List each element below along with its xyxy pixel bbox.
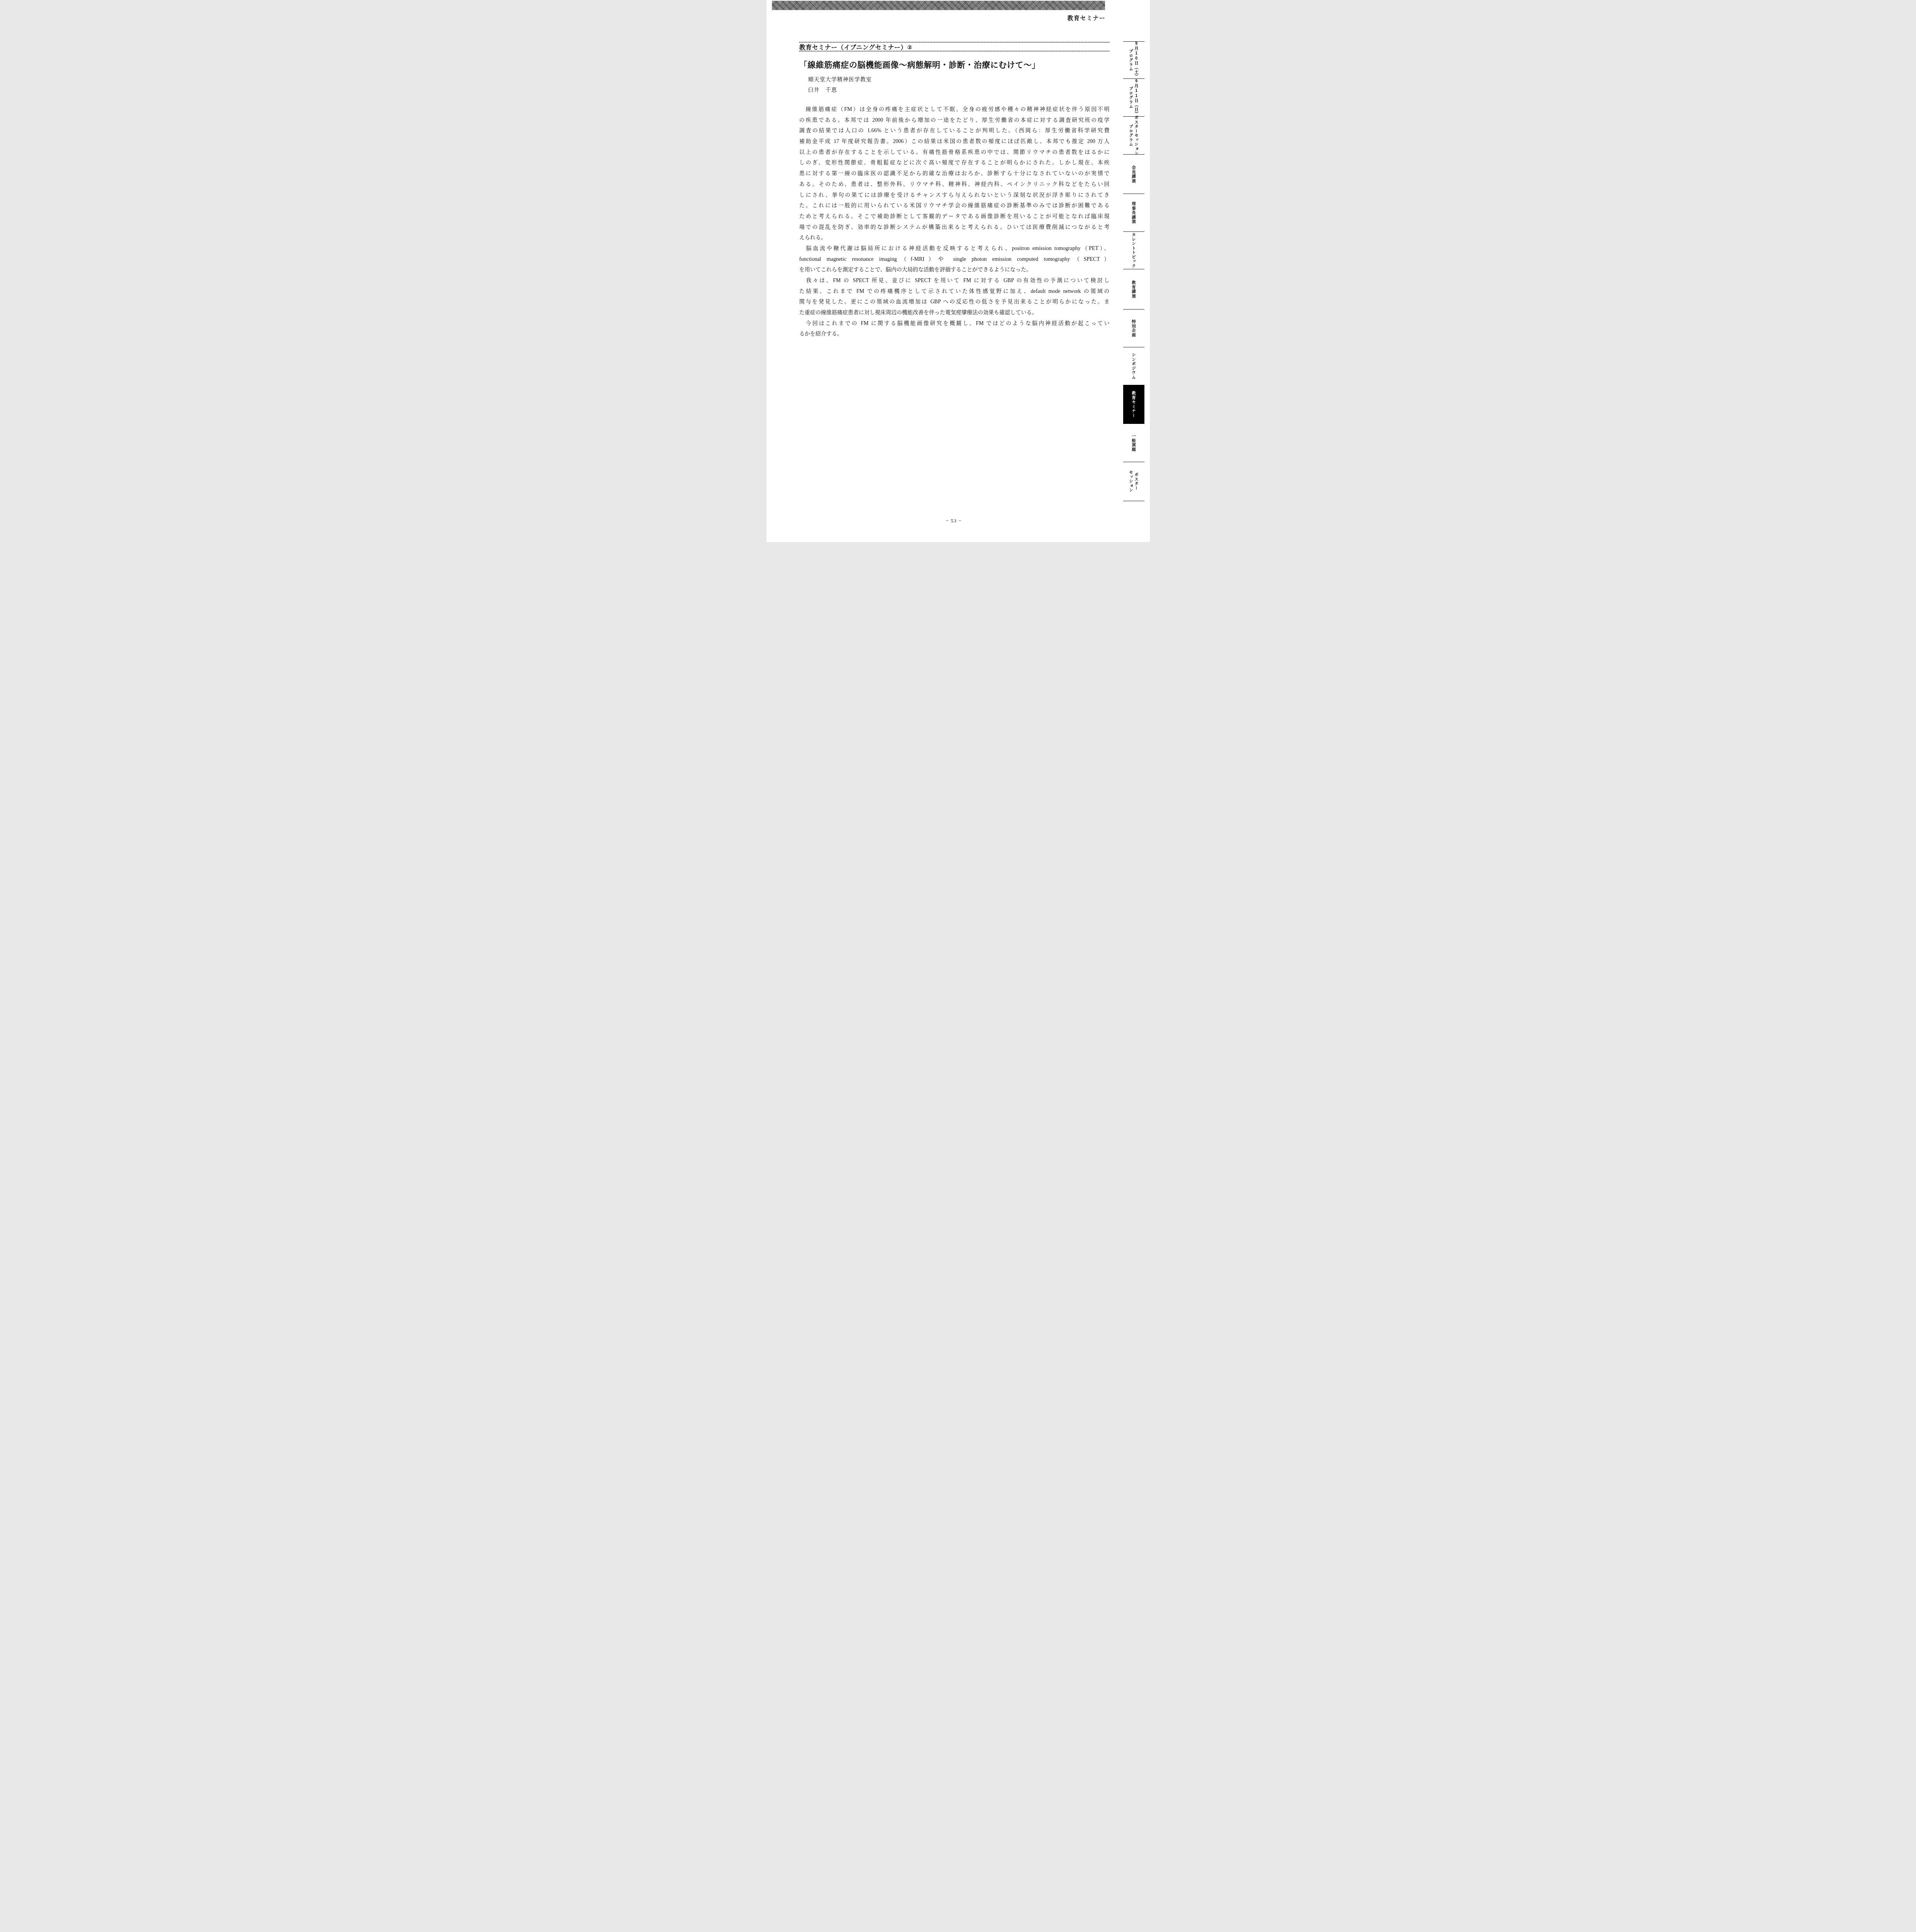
sidebar-tab-label: 教育講演 (1131, 281, 1136, 298)
sidebar-tab-educational-lecture: 教育講演 (1123, 269, 1144, 309)
sidebar-tab-label: 9月11日（日） (1134, 79, 1139, 116)
sidebar-tab-poster-program: ポスターセッション プログラム (1123, 116, 1144, 154)
sidebar-tab-general-presentation: 一般演題 (1123, 424, 1144, 462)
sidebar-tab-label: ポスターセッション (1134, 116, 1139, 156)
body-line: るかを紹介する。 (799, 329, 1110, 340)
body-line: 調査の結果では人口の 1.66% という患者が存在していることが判明した。（西岡… (799, 126, 1110, 136)
sidebar-tab-label: 理事長講演 (1131, 202, 1136, 224)
sidebar-tab-label: 特別企画 (1131, 320, 1136, 337)
sidebar-tab-label: セッション (1129, 470, 1133, 493)
abstract-title: 「線維筋痛症の脳機能画像～病態解明・診断・治療にむけて～」 (799, 59, 1040, 70)
sidebar-tab-presidential-lecture: 会長講演 (1123, 154, 1144, 194)
abstract-affiliation: 順天堂大学精神医学教室 (808, 75, 872, 83)
body-line: 以上の患者が存在することを示している。有痛性筋骨格系疾患の中では、関節リウマチの… (799, 147, 1110, 158)
page-number: − 53 − (929, 518, 979, 524)
body-line: 脳血流や糖代謝は脳局所における神経活動を反映すると考えられ、positron e… (799, 243, 1110, 254)
sidebar-tab-label: ポスター (1134, 473, 1139, 490)
body-line: functional magnetic resonance imaging（f-… (799, 254, 1110, 265)
sidebar-tab-chairman-lecture: 理事長講演 (1123, 194, 1144, 231)
sidebar-tab-educational-seminar: 教育セミナー (1123, 385, 1144, 424)
body-line: た結果、これまで FM での疼痛機序として示されていた体性感覚野に加え、defa… (799, 286, 1110, 297)
body-line: た重症の線維筋痛症患者に対し視床周辺の機能改善を伴った電気痙攣療法の効果も確認し… (799, 308, 1110, 318)
sidebar-tab-current-topic: カレントトピック (1123, 231, 1144, 269)
body-line: 補助金平成 17 年度研究報告書。2006）この結果は米国の患者数の頻度にほぼ匹… (799, 136, 1110, 147)
body-line: しにされ、挙句の果てには診療を受けるチャンスすら与えられないという深刻な状況が浮… (799, 190, 1110, 201)
sidebar-tab-program-sep11: 9月11日（日） プログラム (1123, 78, 1144, 116)
sidebar-tab-program-sep10: 9月10日（土） プログラム (1123, 41, 1144, 78)
sidebar-tab-label: 9月10日（土） (1134, 41, 1139, 79)
sidebar-tab-label: 教育セミナー (1131, 391, 1136, 418)
body-line: の疾患である。本邦では 2000 年前後から増加の一途をたどり、厚生労働省の本症… (799, 115, 1110, 126)
scanned-program-page: 教育セミナー 教育セミナー（イブニングセミナー）② 「線維筋痛症の脳機能画像～病… (767, 0, 1150, 542)
thumb-index-sidebar: 9月10日（土） プログラム 9月11日（日） プログラム ポスターセッション … (1123, 41, 1144, 501)
sidebar-tab-label: 会長講演 (1131, 165, 1136, 183)
body-line: た。これには一般的に用いられている米国リウマチ学会の線維筋痛症の診断基準のみでは… (799, 201, 1110, 211)
sidebar-tab-special-project: 特別企画 (1123, 309, 1144, 347)
sidebar-tab-symposium: シンポジウム (1123, 347, 1144, 385)
sidebar-tab-label: シンポジウム (1131, 353, 1136, 379)
body-line: 場での混乱を防ぎ、効率的な診断システムが構築出来ると考えられる。ひいては医療費削… (799, 222, 1110, 233)
body-line: ある。そのため、患者は、整形外科、リウマチ科、精神科、神経内科、ペインクリニック… (799, 179, 1110, 190)
sidebar-tab-label: プログラム (1129, 49, 1133, 71)
sidebar-tab-label: 一般演題 (1131, 434, 1136, 452)
dotted-rule-bottom (799, 51, 1110, 52)
body-line: 関与を発見した。更にこの領域の血流増加は GBP への反応性の低さを予見出来るこ… (799, 297, 1110, 308)
body-line: 今回はこれまでの FM に関する脳機能画像研究を概観し、FM ではどのような脳内… (799, 318, 1110, 329)
sidebar-tab-label: カレントトピック (1131, 233, 1136, 268)
sidebar-tab-label: プログラム (1129, 124, 1133, 147)
section-header: 教育セミナー（イブニングセミナー）② (799, 43, 913, 51)
sidebar-tab-label: プログラム (1129, 87, 1133, 109)
body-line: えられる。 (799, 233, 1110, 243)
body-line: 我々は、FM の SPECT 所見、並びに SPECT を用いて FM に対する… (799, 276, 1110, 286)
body-line: 患に対する第一線の臨床医の認識不足から的確な治療はおろか、診断すら十分になされて… (799, 168, 1110, 179)
body-line: を用いてこれらを測定することで、脳内の大局的な活動を評価することができるようにな… (799, 265, 1110, 276)
abstract-body: 線維筋痛症（FM）は全身の疼痛を主症状として不眠、全身の疲労感や種々の精神神経症… (799, 104, 1110, 340)
sidebar-tab-poster-session: ポスター セッション (1123, 462, 1144, 501)
body-line: しのぎ、変形性関節症、骨粗鬆症などに次ぐ高い頻度で存在することが明らかにされた。… (799, 158, 1110, 168)
body-line: 線維筋痛症（FM）は全身の疼痛を主症状として不眠、全身の疲労感や種々の精神神経症… (799, 104, 1110, 115)
abstract-author: 臼井 千恵 (808, 86, 837, 94)
page-header-label: 教育セミナー (1068, 14, 1106, 22)
decorative-hatch-band (772, 1, 1105, 10)
body-line: ためと考えられる。そこで補助診断として客観的データである画像診断を用いることが可… (799, 211, 1110, 222)
